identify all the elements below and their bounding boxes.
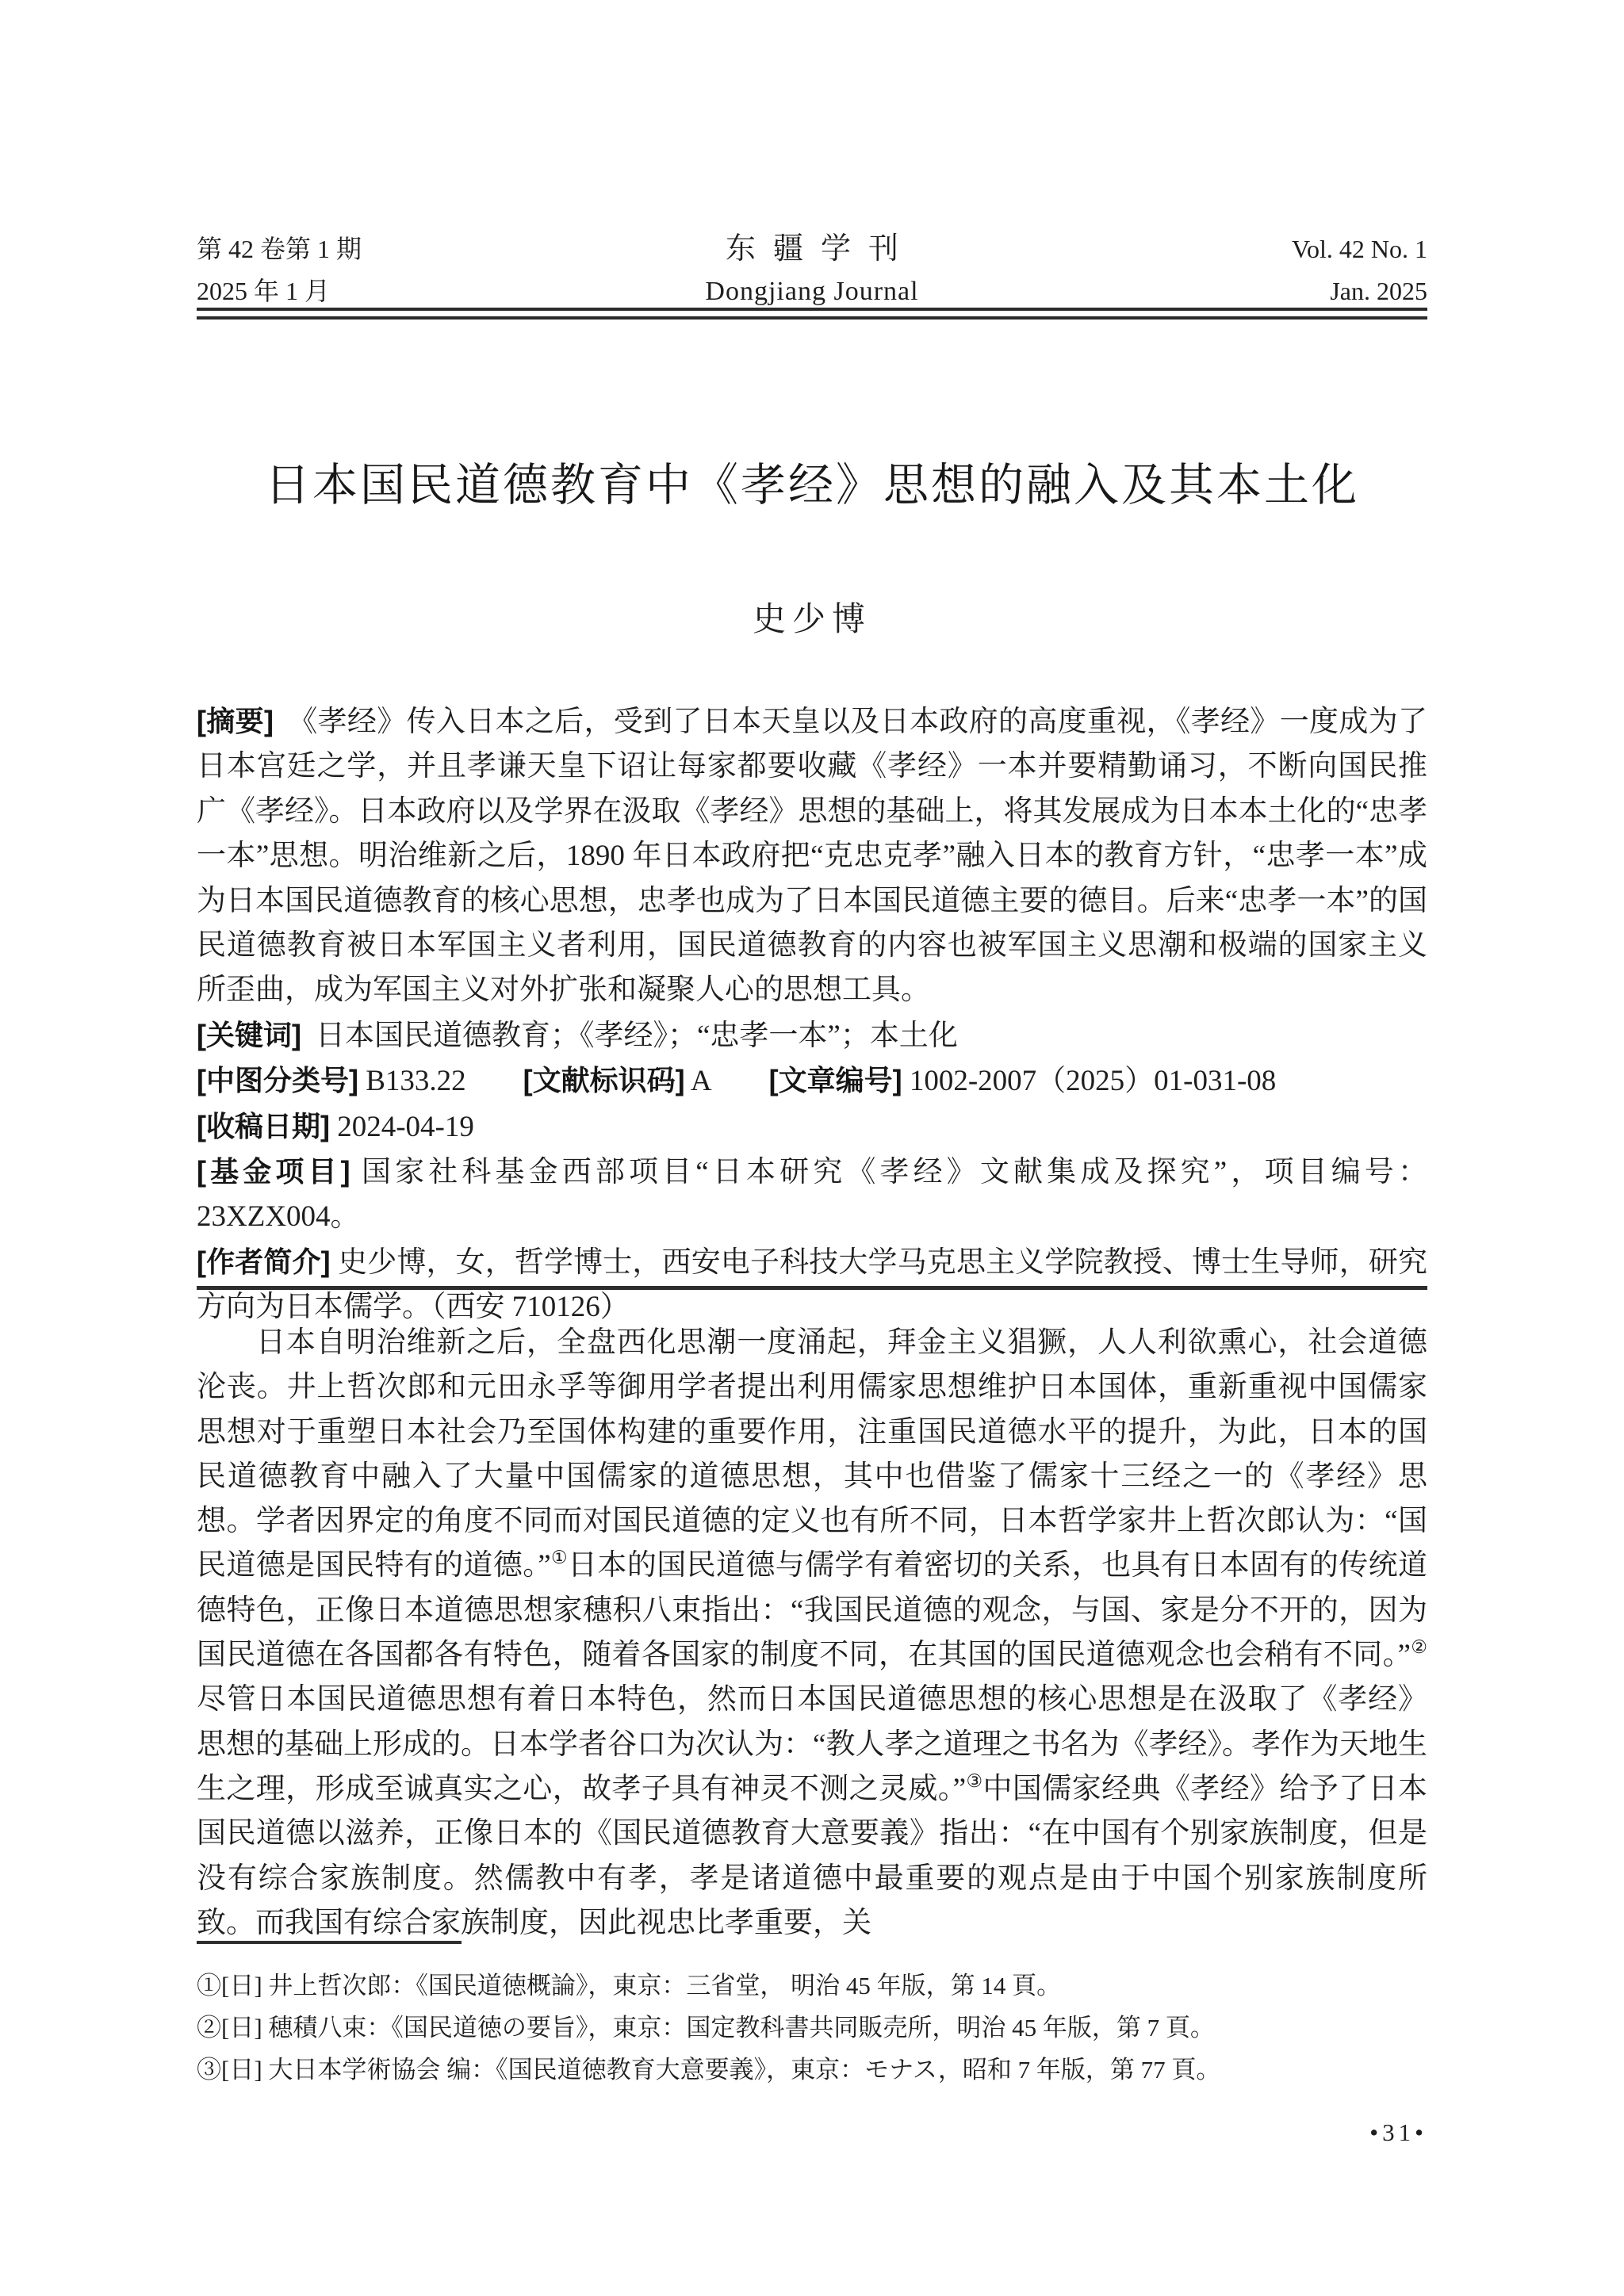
- frontmatter-block: [摘要]《孝经》传入日本之后，受到了日本天皇以及日本政府的高度重视，《孝经》一度…: [197, 699, 1427, 1330]
- footnotes-block: ①[日] 井上哲次郎：《国民道徳概論》，東京：三省堂， 明治 45 年版，第 1…: [197, 1965, 1427, 2091]
- fund-project-text: 国家社科基金西部项目“日本研究《孝经》文献集成及探究”，项目编号：23XZX00…: [197, 1156, 1427, 1233]
- footnote-ref: ③: [966, 1771, 982, 1791]
- fund-project-line: [基金项目] 国家社科基金西部项目“日本研究《孝经》文献集成及探究”，项目编号：…: [197, 1150, 1427, 1240]
- journal-name-en: Dongjiang Journal: [705, 270, 918, 312]
- author-bio-label: [作者简介]: [197, 1246, 331, 1278]
- issue-date-en: Jan. 2025: [919, 270, 1427, 312]
- author-bio-text: 史少博，女，哲学博士，西安电子科技大学马克思主义学院教授、博士生导师，研究方向为…: [197, 1246, 1427, 1323]
- clc-group: [中图分类号] B133.22: [197, 1065, 466, 1097]
- keywords-line: [关键词]日本国民道德教育；《孝经》；“忠孝一本”；本土化: [197, 1013, 1427, 1058]
- author-bio-line: [作者简介] 史少博，女，哲学博士，西安电子科技大学马克思主义学院教授、博士生导…: [197, 1240, 1427, 1330]
- article-title: 日本国民道德教育中《孝经》思想的融入及其本土化: [0, 449, 1624, 514]
- doc-code-value: A: [691, 1065, 712, 1097]
- header-double-rule: [197, 308, 1427, 320]
- footnote-separator: [197, 1941, 462, 1944]
- footnote-item: ③[日] 大日本学術協会 编：《国民道徳教育大意要義》，東京：モナス，昭和 7 …: [197, 2049, 1427, 2091]
- keywords-label: [关键词]: [197, 1019, 301, 1051]
- article-id-value: 1002-2007（2025）01-031-08: [910, 1065, 1276, 1097]
- article-body: 日本自明治维新之后，全盘西化思潮一度涌起，拜金主义猖獗，人人利欲熏心，社会道德沦…: [197, 1321, 1427, 1946]
- doc-code-label: [文献标识码]: [523, 1064, 685, 1096]
- clc-value: B133.22: [366, 1065, 465, 1097]
- clc-label: [中图分类号]: [197, 1064, 358, 1096]
- doc-code-group: [文献标识码] A: [523, 1065, 712, 1097]
- classification-line: [中图分类号] B133.22[文献标识码] A[文章编号] 1002-2007…: [197, 1058, 1427, 1104]
- received-date-value: 2024-04-19: [337, 1111, 474, 1143]
- article-id-label: [文章编号]: [769, 1064, 902, 1096]
- body-paragraph: 日本自明治维新之后，全盘西化思潮一度涌起，拜金主义猖獗，人人利欲熏心，社会道德沦…: [197, 1321, 1427, 1946]
- footnote-item: ①[日] 井上哲次郎：《国民道徳概論》，東京：三省堂， 明治 45 年版，第 1…: [197, 1965, 1427, 2007]
- journal-name-cn: 东疆学刊: [705, 228, 918, 270]
- page-number: •31•: [197, 2118, 1427, 2147]
- issue-volume-cn: 第 42 卷第 1 期: [197, 228, 705, 270]
- running-head: 第 42 卷第 1 期 2025 年 1 月 东疆学刊 Dongjiang Jo…: [197, 228, 1427, 312]
- received-date-label: [收稿日期]: [197, 1110, 330, 1142]
- received-date-line: [收稿日期] 2024-04-19: [197, 1104, 1427, 1150]
- frontmatter-rule: [197, 1286, 1427, 1290]
- issue-info-en: Vol. 42 No. 1 Jan. 2025: [919, 228, 1427, 312]
- article-id-group: [文章编号] 1002-2007（2025）01-031-08: [769, 1065, 1277, 1097]
- abstract-paragraph: [摘要]《孝经》传入日本之后，受到了日本天皇以及日本政府的高度重视，《孝经》一度…: [197, 699, 1427, 1013]
- issue-volume-en: Vol. 42 No. 1: [919, 228, 1427, 270]
- abstract-text: 《孝经》传入日本之后，受到了日本天皇以及日本政府的高度重视，《孝经》一度成为了日…: [197, 706, 1427, 1006]
- footnote-ref: ②: [1411, 1637, 1427, 1657]
- issue-info-cn: 第 42 卷第 1 期 2025 年 1 月: [197, 228, 705, 312]
- footnote-ref: ①: [551, 1548, 568, 1567]
- issue-date-cn: 2025 年 1 月: [197, 270, 705, 312]
- journal-page: 第 42 卷第 1 期 2025 年 1 月 东疆学刊 Dongjiang Jo…: [0, 0, 1624, 2296]
- journal-name: 东疆学刊 Dongjiang Journal: [705, 228, 918, 312]
- footnote-item: ②[日] 穂積八束：《国民道徳の要旨》，東京：国定教科書共同販売所，明治 45 …: [197, 2007, 1427, 2049]
- fund-project-label: [基金项目]: [197, 1155, 350, 1188]
- abstract-label: [摘要]: [197, 705, 274, 737]
- article-author: 史少博: [0, 593, 1624, 641]
- keywords-text: 日本国民道德教育；《孝经》；“忠孝一本”；本土化: [316, 1020, 958, 1052]
